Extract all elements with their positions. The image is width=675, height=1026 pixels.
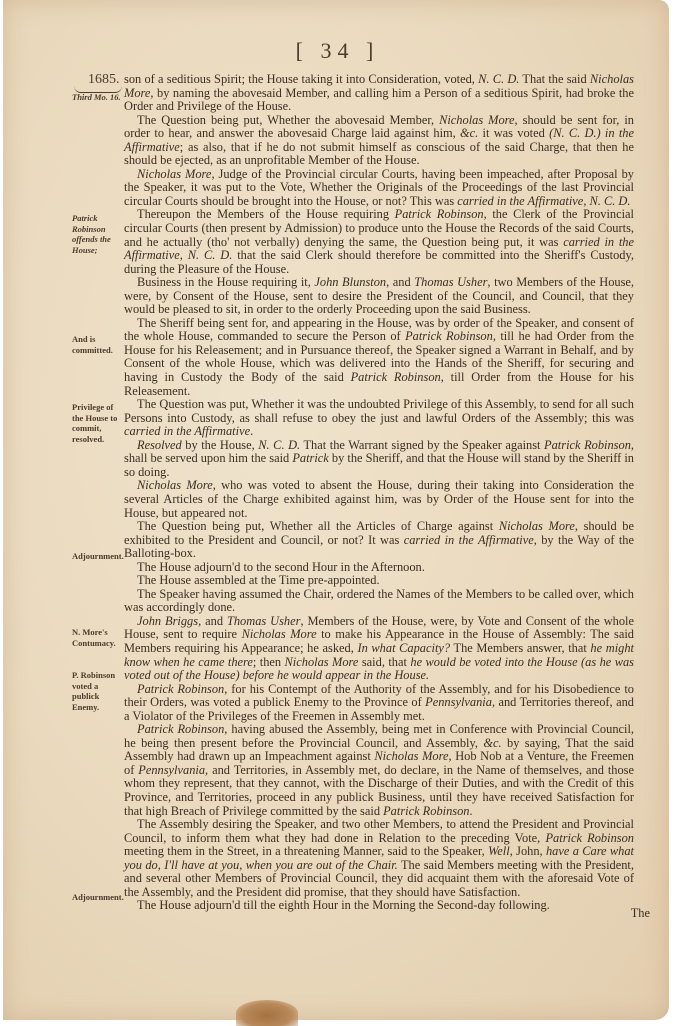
text-run: The Question being put, Whether all the … [137,519,499,533]
text-run: The Question was put, Whether it was the… [124,397,634,425]
italic-text: &c. [483,736,501,750]
text-run: The Members answer, that [450,641,590,655]
italic-text: N. C. D. [590,194,631,208]
italic-text: Resolved [137,438,182,452]
italic-text: Well [488,844,510,858]
paragraph: The House adjourn'd till the eighth Hour… [124,899,634,913]
text-run: The Speaker having assumed the Chair, or… [124,587,634,615]
italic-text: Patrick Robinson [545,831,634,845]
text-run: The House assembled at the Time pre-appo… [137,573,380,587]
text-run: , by naming the abovesaid Member, and ca… [124,86,634,114]
text-run: The Question being put, Whether the abov… [137,113,439,127]
text-run: it was voted [478,126,549,140]
catchword: The [631,906,650,921]
paragraph: Resolved by the House, N. C. D. That the… [124,439,634,480]
italic-text: Patrick Robinson [405,329,493,343]
text-run: Business in the House requiring it, [137,275,314,289]
italic-text: carried in the Affirmative [124,424,250,438]
italic-text: John Blunston [314,275,386,289]
paragraph: Patrick Robinson, having abused the Asse… [124,723,634,818]
italic-text: Nicholas More [439,113,514,127]
text-run: Thereupon the Members of the House requi… [137,207,395,221]
text-run: , and [198,614,227,628]
paragraph: The Question being put, Whether all the … [124,520,634,561]
text-run: ; as also, that if he do not submit hims… [124,140,634,168]
italic-text: N. C. D. [258,438,300,452]
text-run: , John, [510,844,546,858]
paragraph: Thereupon the Members of the House requi… [124,208,634,276]
text-run: , and [386,275,414,289]
margin-date: Third Mo. 16. [72,92,121,102]
italic-text: Pennsylvania [138,763,205,777]
paragraph: The Question was put, Whether it was the… [124,398,634,439]
italic-text: carried in the Affirmative [457,194,583,208]
paragraph: John Briggs, and Thomas Usher, Members o… [124,615,634,683]
text-run: The House adjourn'd till the eighth Hour… [137,898,550,912]
paragraph: The Sheriff being sent for, and appearin… [124,317,634,398]
italic-text: Patrick Robinson [137,682,224,696]
paragraph: The Assembly desiring the Speaker, and t… [124,818,634,899]
paragraph: Nicholas More, Judge of the Provincial c… [124,168,634,209]
margin-note: Privilege of the House to commit, resolv… [72,402,124,444]
paragraph: son of a seditious Spirit; the House tak… [124,73,634,114]
italic-text: In what Capacity? [357,641,450,655]
italic-text: Nicholas More [285,655,359,669]
paragraph: The Speaker having assumed the Chair, or… [124,588,634,615]
italic-text: Patrick Robinson [383,804,469,818]
paper-stain [236,1000,298,1024]
italic-text: John Briggs [137,614,198,628]
margin-note: P. Robinson voted a publick Enemy. [72,670,124,712]
body-text: son of a seditious Spirit; the House tak… [124,73,634,913]
italic-text: Pennsylvania [425,695,492,709]
italic-text: N. C. D. [478,72,519,86]
italic-text: Patrick [292,451,328,465]
paragraph: The Question being put, Whether the abov… [124,114,634,168]
margin-note: Adjournment. [72,892,124,903]
italic-text: Patrick Robinson [137,722,224,736]
paragraph: Patrick Robinson, for his Contempt of th… [124,683,634,724]
text-run: ; then [253,655,285,669]
italic-text: Nicholas More [137,478,213,492]
paragraph: The House assembled at the Time pre-appo… [124,574,634,588]
margin-note: N. More's Contumacy. [72,627,124,648]
margin-note: Patrick Robinson offends the House; [72,213,124,255]
italic-text: Patrick Robinson [544,438,631,452]
margin-note: And is committed. [72,334,124,355]
text-run: meeting them in the Street, in a threate… [124,844,488,858]
margin-note: Adjournment. [72,551,124,562]
paragraph: Business in the House requiring it, John… [124,276,634,317]
text-run: . [470,804,473,818]
italic-text: Nicholas More [137,167,211,181]
text-run: . [250,424,253,438]
page-number: [ 34 ] [0,38,675,64]
italic-text: &c. [460,126,478,140]
text-run: That the Warrant signed by the Speaker a… [300,438,544,452]
text-run: That the said [519,72,590,86]
italic-text: Thomas Usher [227,614,300,628]
paragraph: The House adjourn'd to the second Hour i… [124,561,634,575]
italic-text: Nicholas More [374,749,448,763]
text-run: The House adjourn'd to the second Hour i… [137,560,425,574]
text-run: said, that [358,655,410,669]
text-run: by the House, [182,438,259,452]
italic-text: Nicholas More [499,519,575,533]
italic-text: Patrick Robinson [395,207,484,221]
italic-text: Thomas Usher [414,275,487,289]
italic-text: Patrick Robinson [351,370,441,384]
text-run: son of a seditious Spirit; the House tak… [124,72,478,86]
paragraph: Nicholas More, who was voted to absent t… [124,479,634,520]
italic-text: carried in the Affirmative [404,533,534,547]
italic-text: Nicholas More [242,627,317,641]
